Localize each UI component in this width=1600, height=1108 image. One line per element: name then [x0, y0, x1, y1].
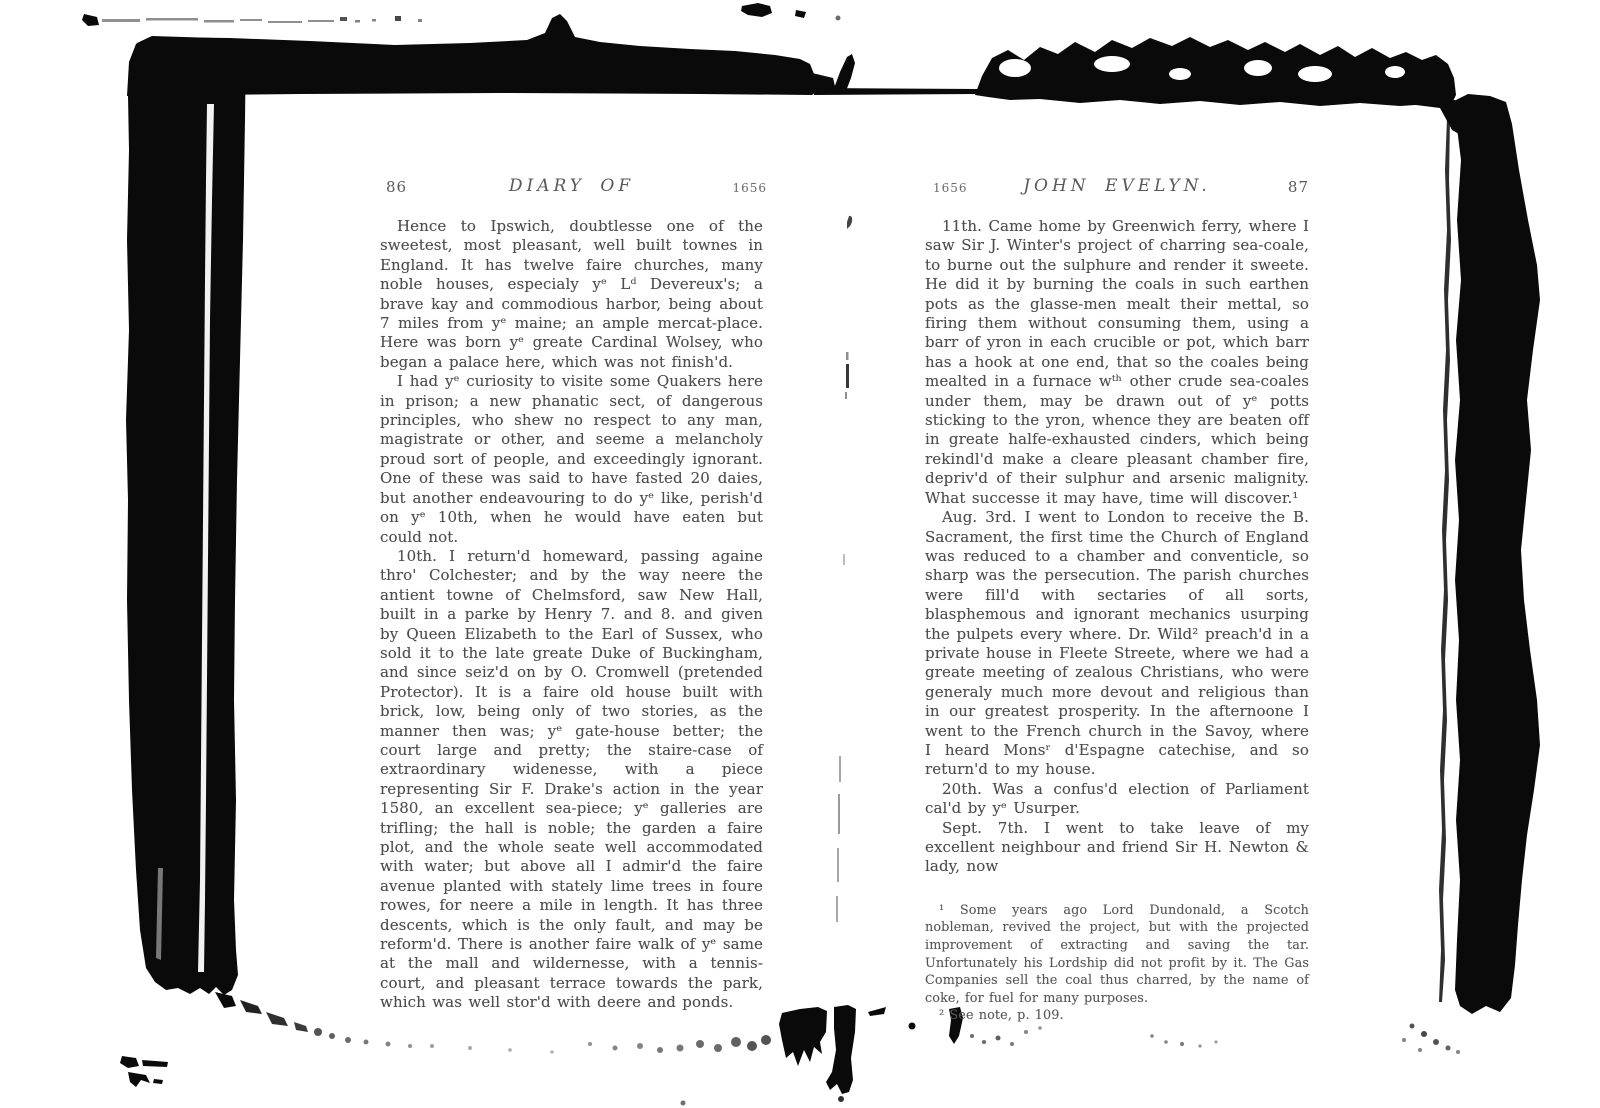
ink-spike: [833, 54, 855, 91]
scanned-book-spread: { "colors": { "ink": "#0a0a0a", "paper":…: [0, 0, 1600, 1108]
paragraph: Sept. 7th. I went to take leave of my ex…: [925, 819, 1309, 877]
paragraph: 20th. Was a confus'd election of Parliam…: [925, 780, 1309, 819]
paragraph: Aug. 3rd. I went to London to receive th…: [925, 508, 1309, 780]
right-page: 1656 JOHN EVELYN. 87 11th. Came home by …: [925, 176, 1309, 1025]
ink-top-right-mass: [975, 37, 1456, 107]
left-year-label: 1656: [732, 181, 767, 195]
ink-left-white-line: [198, 104, 214, 972]
left-running-title: DIARY OF: [380, 176, 763, 196]
paragraph: 11th. Came home by Greenwich ferry, wher…: [925, 217, 1309, 508]
ink-bottom-blob-1: [779, 1007, 827, 1066]
ink-top-band: [127, 14, 816, 96]
footnote: ¹ Some years ago Lord Dundonald, a Scotc…: [925, 902, 1309, 1008]
ink-gutter-line: [814, 88, 978, 95]
ink-left-band: [126, 36, 246, 995]
left-page-header: 86 DIARY OF 1656: [380, 176, 763, 198]
gutter-fold-marks: [836, 216, 852, 922]
right-page-header: 1656 JOHN EVELYN. 87: [925, 176, 1309, 198]
left-page-body: Hence to Ipswich, doubtlesse one of the …: [380, 217, 763, 1013]
paragraph: I had yᵉ curiosity to visite some Quaker…: [380, 372, 763, 547]
footnotes-block: ¹ Some years ago Lord Dundonald, a Scotc…: [925, 902, 1309, 1025]
left-page: 86 DIARY OF 1656 Hence to Ipswich, doubt…: [380, 176, 763, 1013]
paragraph: Hence to Ipswich, doubtlesse one of the …: [380, 217, 763, 372]
footnote: ² See note, p. 109.: [925, 1007, 1309, 1025]
paragraph: 10th. I return'd homeward, passing again…: [380, 547, 763, 1013]
right-running-title: JOHN EVELYN.: [925, 176, 1309, 196]
ink-right-thin-line: [1439, 118, 1451, 1002]
right-page-number: 87: [1288, 178, 1309, 196]
ink-right-band: [1452, 94, 1540, 1014]
scan-ink-border: [0, 0, 1600, 1108]
ink-bottom-blob-2: [826, 1005, 856, 1094]
right-page-body: 11th. Came home by Greenwich ferry, wher…: [925, 217, 1309, 877]
